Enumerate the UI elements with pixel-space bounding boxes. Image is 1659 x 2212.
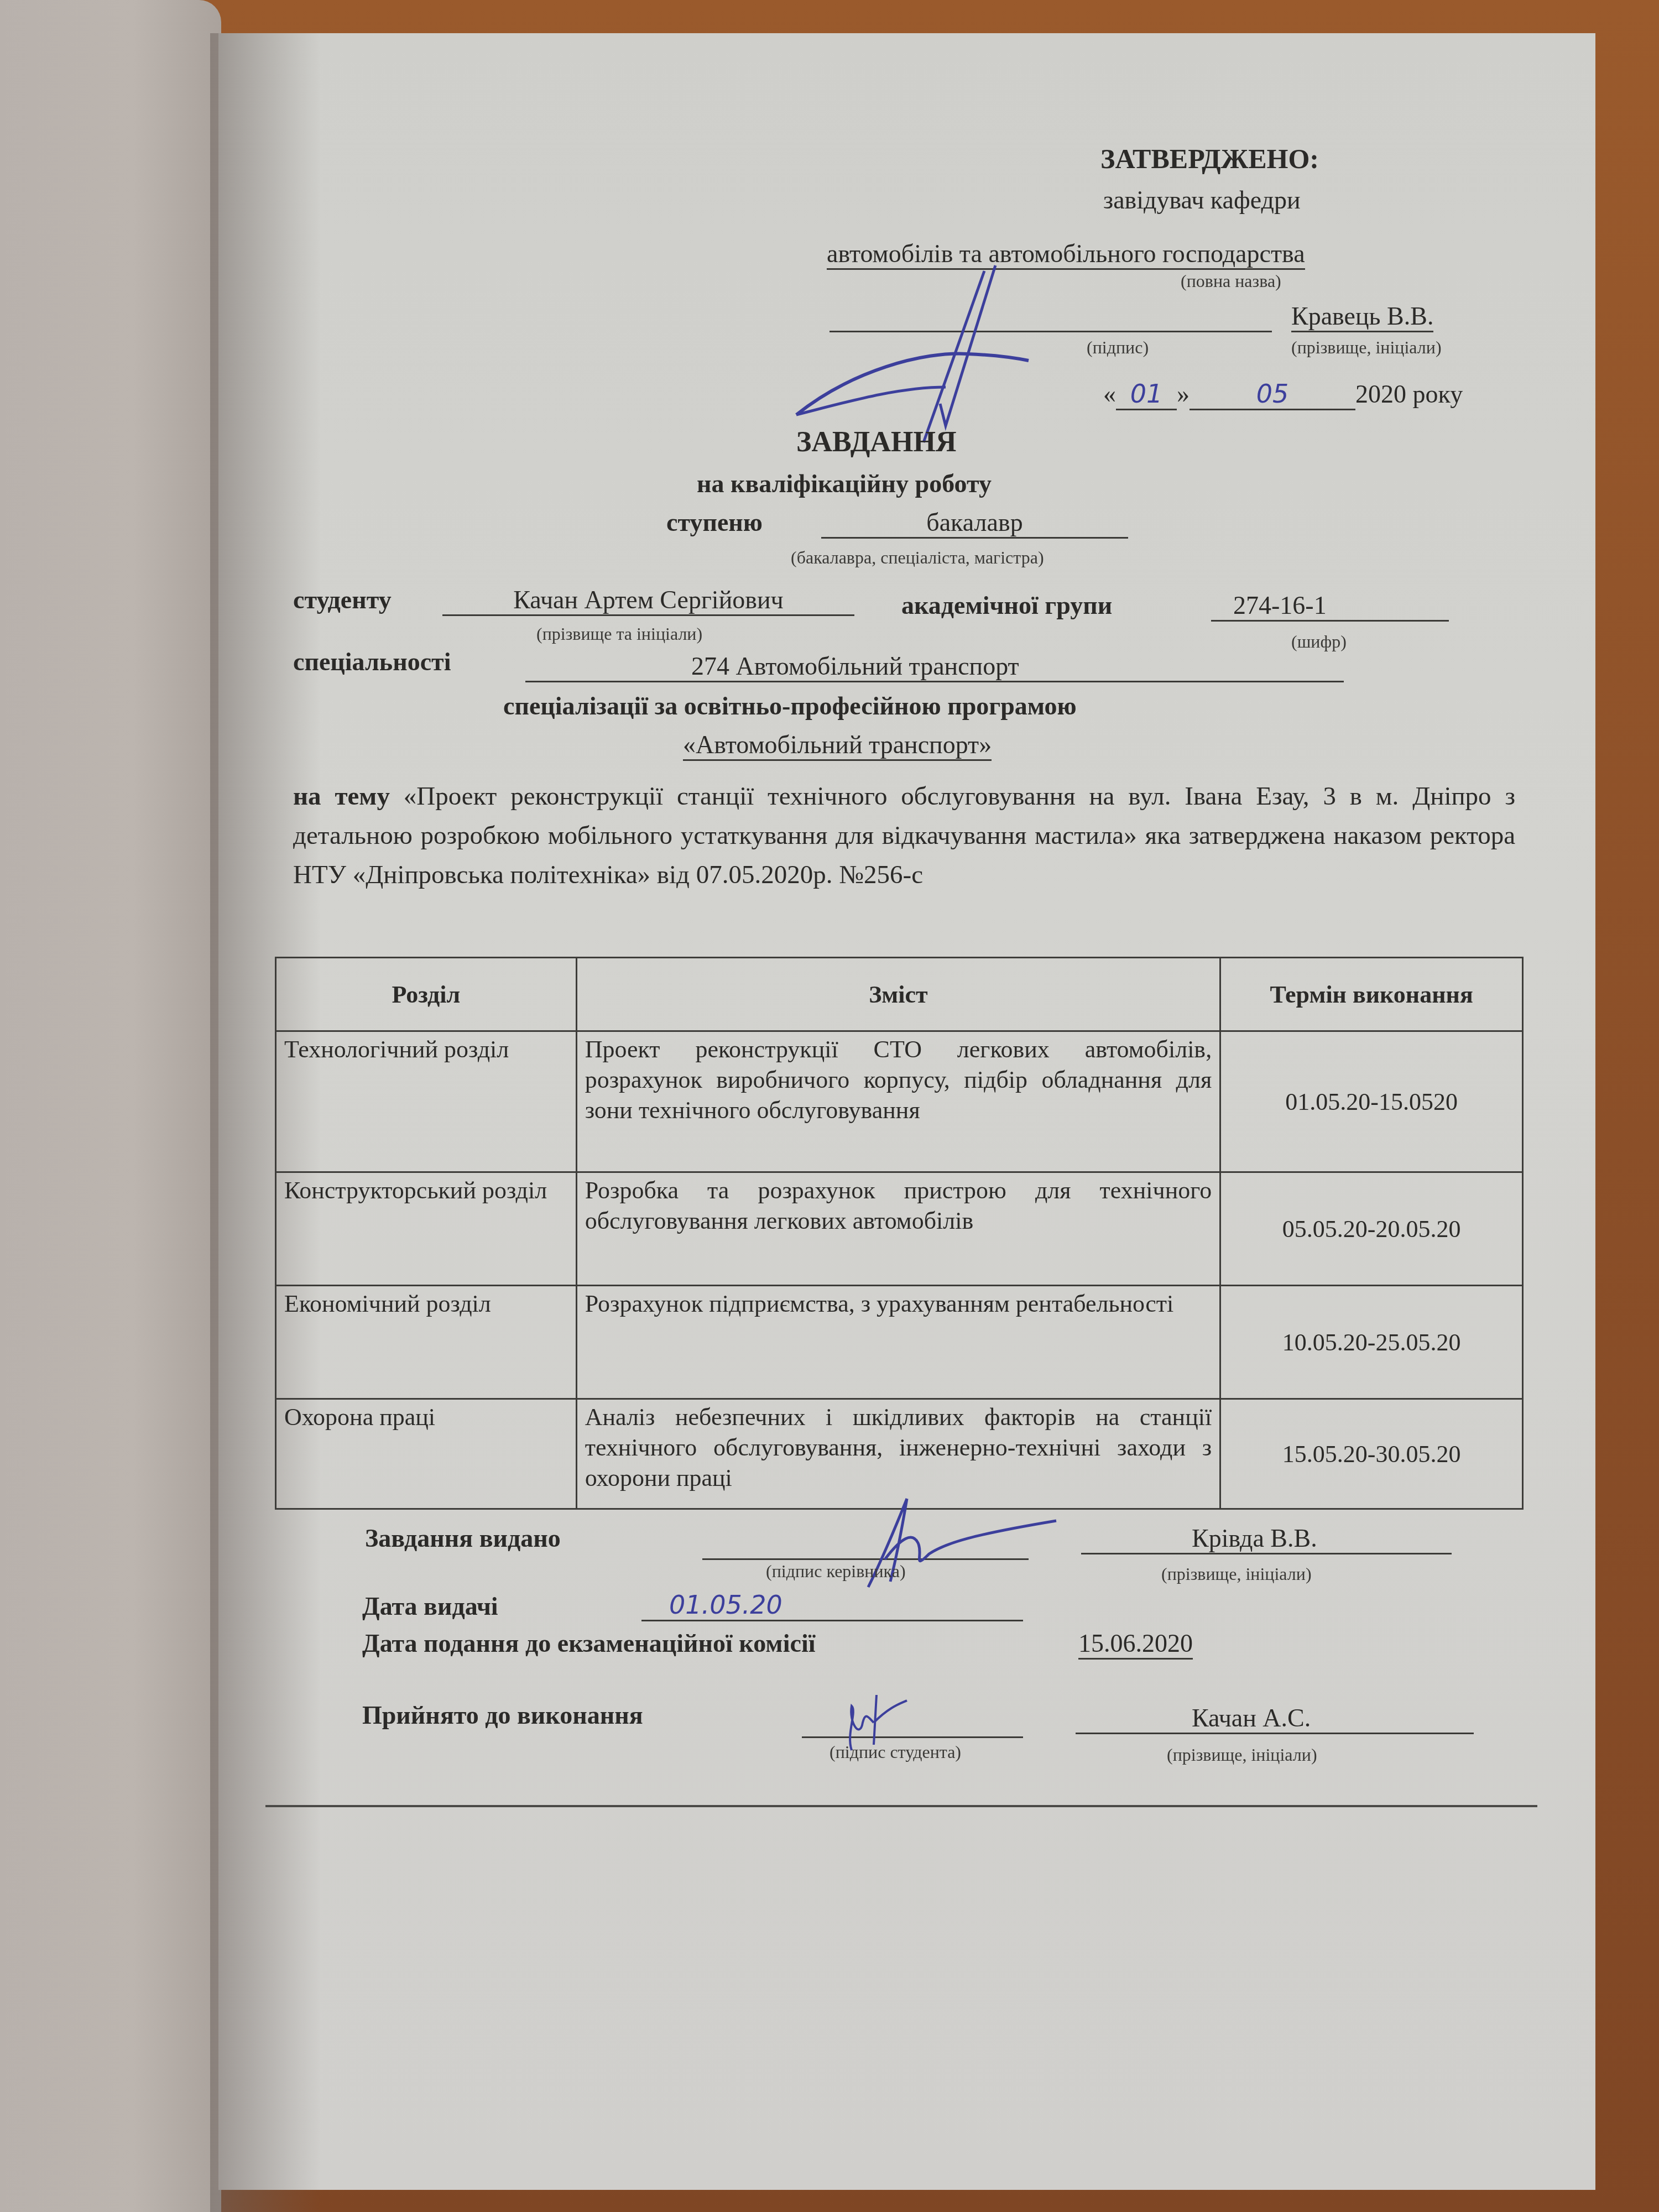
row-term: 15.05.20-30.05.20 [1220, 1399, 1523, 1509]
specialization-label: спеціалізації за освітньо-професійною пр… [503, 691, 1077, 721]
header-content: Зміст [576, 958, 1220, 1031]
approver-name: Кравець В.В. [1291, 301, 1433, 332]
document-title: ЗАВДАННЯ [796, 426, 956, 458]
issue-date-label: Дата видачі [362, 1592, 498, 1621]
approval-date-year: 2020 року [1355, 380, 1463, 408]
degree-label: ступеню [666, 508, 763, 537]
table-header-row: Розділ Зміст Термін виконання [276, 958, 1523, 1031]
signature-caption: (підпис) [1087, 337, 1149, 358]
left-page [0, 0, 221, 2212]
department-caption: (повна назва) [1181, 271, 1281, 291]
row-section: Охорона праці [276, 1399, 577, 1509]
topic-label: на тему [293, 782, 390, 811]
tasks-table: Розділ Зміст Термін виконання Технологіч… [275, 957, 1524, 1510]
table-row: Технологічний розділ Проект реконструкці… [276, 1031, 1523, 1172]
student-name-caption: (прізвище та ініціали) [536, 624, 702, 644]
row-content: Розробка та розрахунок пристрою для техн… [576, 1172, 1220, 1286]
row-content: Розрахунок підприємства, з урахуванням р… [576, 1286, 1220, 1399]
row-section: Конструкторський розділ [276, 1172, 577, 1286]
degree-value: бакалавр [821, 508, 1128, 539]
student-name: Качан Артем Сергійович [442, 585, 854, 616]
approver-name-caption: (прізвище, ініціали) [1291, 337, 1442, 358]
group-caption: (шифр) [1291, 632, 1347, 652]
approval-date: «01»052020 року [1103, 379, 1463, 410]
document-subtitle: на кваліфікаційну роботу [697, 469, 992, 498]
row-term: 10.05.20-25.05.20 [1220, 1286, 1523, 1399]
student-signature-caption: (підпис студента) [830, 1742, 961, 1762]
approval-date-day: 01 [1116, 379, 1177, 410]
group-label: академічної групи [901, 591, 1112, 620]
topic-paragraph: на тему «Проект реконструкції станції те… [293, 777, 1515, 895]
header-term: Термін виконання [1220, 958, 1523, 1031]
submission-date-value: 15.06.2020 [1078, 1629, 1193, 1660]
approval-date-month: 05 [1190, 379, 1355, 410]
row-content: Проект реконструкції СТО легкових автомо… [576, 1031, 1220, 1172]
issue-date-value: 01.05.20 [641, 1590, 1023, 1621]
table-row: Конструкторський розділ Розробка та розр… [276, 1172, 1523, 1286]
approval-signature [785, 260, 1084, 442]
approval-heading: ЗАТВЕРДЖЕНО: [1100, 143, 1319, 175]
student-short-name: Качан А.С. [1076, 1703, 1474, 1734]
submission-date-label: Дата подання до екзаменаційної комісії [362, 1629, 815, 1658]
degree-caption: (бакалавра, спеціаліста, магістра) [791, 547, 1044, 568]
row-content: Аналіз небезпечних і шкідливих факторів … [576, 1399, 1220, 1509]
row-term: 05.05.20-20.05.20 [1220, 1172, 1523, 1286]
topic-text: «Проект реконструкції станції технічного… [293, 782, 1515, 889]
supervisor-name: Крівда В.В. [1081, 1524, 1452, 1554]
row-term: 01.05.20-15.0520 [1220, 1031, 1523, 1172]
specialization-value: «Автомобільний транспорт» [683, 730, 992, 761]
student-label: студенту [293, 585, 392, 614]
bottom-rule [265, 1805, 1537, 1807]
group-value: 274-16-1 [1211, 591, 1449, 622]
accepted-label: Прийнято до виконання [362, 1700, 643, 1730]
student-name-caption: (прізвище, ініціали) [1167, 1745, 1317, 1765]
supervisor-name-caption: (прізвище, ініціали) [1161, 1564, 1312, 1584]
specialty-value: 274 Автомобільний транспорт [525, 651, 1344, 682]
table-row: Економічний розділ Розрахунок підприємст… [276, 1286, 1523, 1399]
approval-position: завідувач кафедри [1103, 185, 1301, 215]
issued-label: Завдання видано [365, 1524, 561, 1553]
header-section: Розділ [276, 958, 577, 1031]
supervisor-signature [846, 1493, 1100, 1604]
row-section: Економічний розділ [276, 1286, 577, 1399]
specialty-label: спеціальності [293, 647, 451, 676]
row-section: Технологічний розділ [276, 1031, 577, 1172]
table-row: Охорона праці Аналіз небезпечних і шкідл… [276, 1399, 1523, 1509]
supervisor-signature-caption: (підпис керівника) [766, 1561, 906, 1582]
